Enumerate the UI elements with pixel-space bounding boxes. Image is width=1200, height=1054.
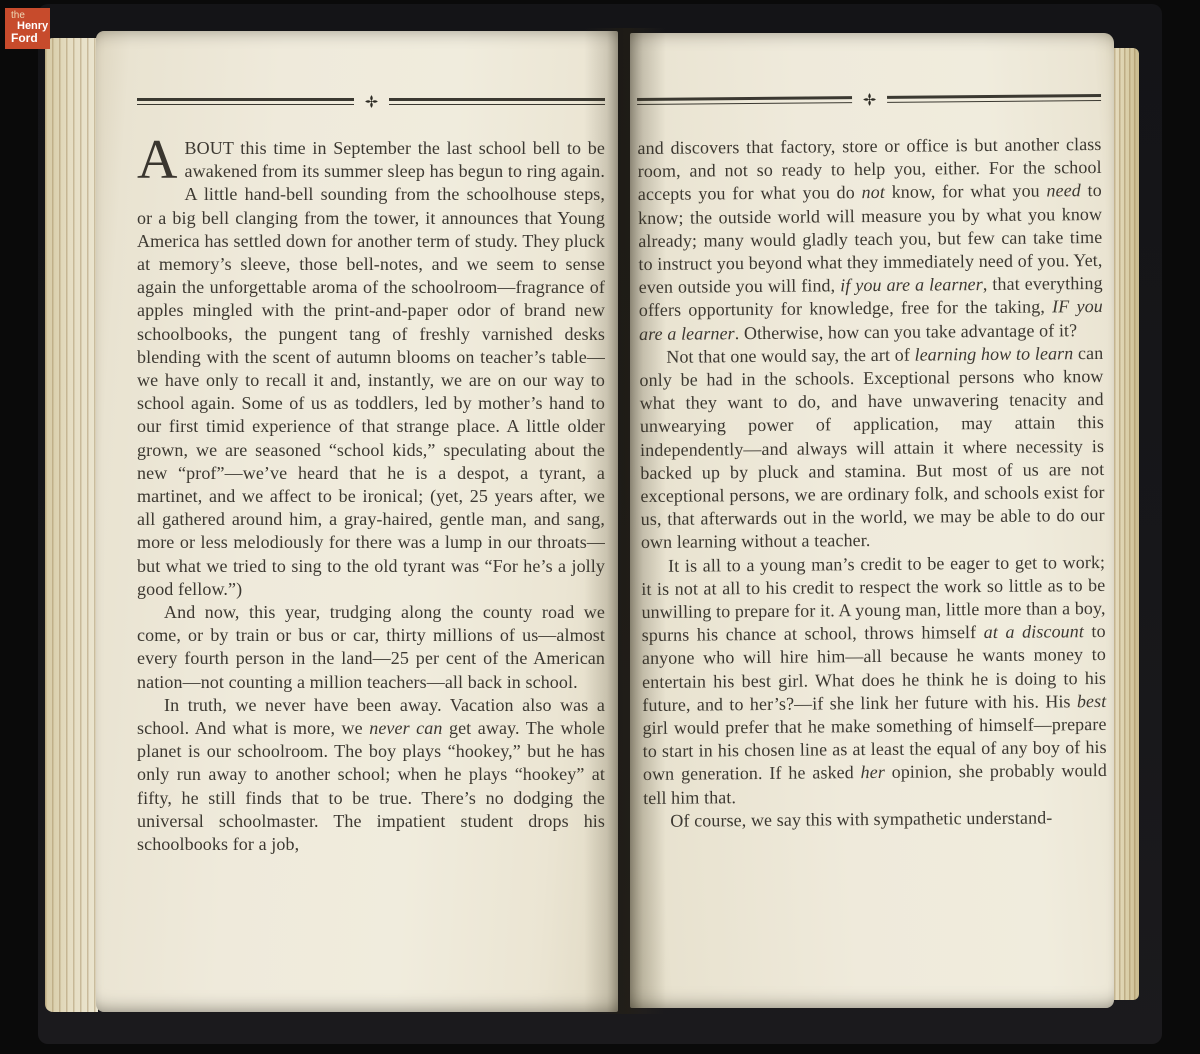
book-photo-scene: ABOUT this time in September the last sc… [0, 0, 1200, 1054]
header-rule-left [137, 95, 605, 108]
rule-line [137, 98, 354, 105]
page-edges-left [45, 38, 98, 1012]
header-rule-right [637, 91, 1101, 108]
paragraph: It is all to a young man’s credit to be … [641, 551, 1107, 810]
henry-ford-logo: the Henry Ford [5, 8, 50, 49]
fleuron-icon [364, 94, 379, 109]
paragraph: Of course, we say this with sympathetic … [643, 806, 1107, 833]
paragraph: and discovers that factory, store or off… [637, 133, 1103, 346]
rule-line [389, 98, 606, 105]
paragraph: And now, this year, trudging along the c… [137, 601, 605, 694]
left-page-content: ABOUT this time in September the last sc… [137, 95, 605, 856]
right-page-text: and discovers that factory, store or off… [637, 133, 1107, 833]
paragraph: In truth, we never have been away. Vacat… [137, 694, 605, 856]
paragraph: Not that one would say, the art of learn… [639, 342, 1105, 555]
right-page-content: and discovers that factory, store or off… [637, 91, 1107, 833]
rule-line [887, 94, 1102, 103]
drop-cap: A [137, 138, 178, 184]
rule-line [637, 96, 852, 105]
left-page-text: ABOUT this time in September the last sc… [137, 137, 605, 856]
paragraph: ABOUT this time in September the last sc… [137, 137, 605, 601]
page-edges-right [1114, 48, 1139, 1000]
fleuron-icon [861, 92, 876, 107]
logo-text-ford: Ford [11, 31, 38, 45]
